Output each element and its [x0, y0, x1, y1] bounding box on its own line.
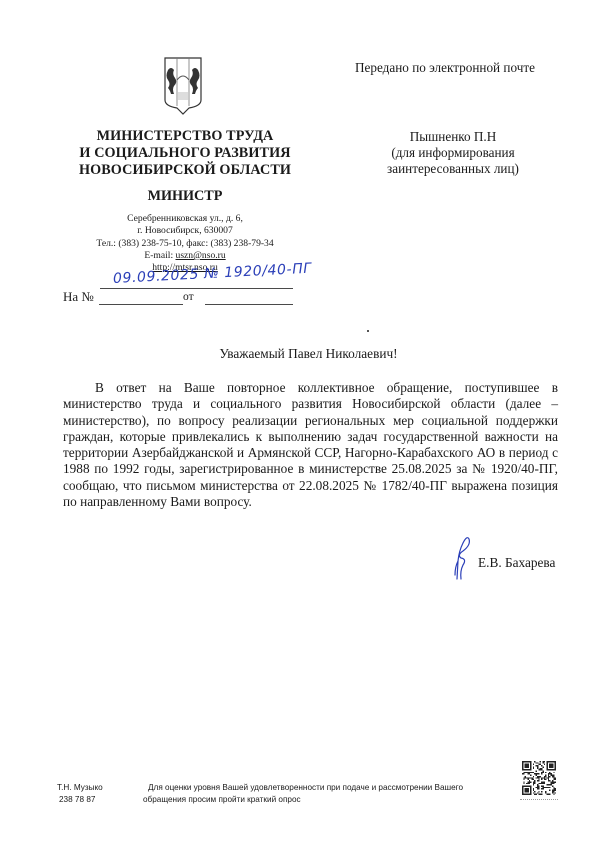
qr-code-icon[interactable]	[522, 761, 556, 795]
handwritten-signature-icon	[449, 531, 475, 581]
reference-date-label: от	[183, 291, 194, 303]
handwritten-number: 1920/40-ПГ	[224, 261, 312, 282]
recipient-name: Пышненко П.Н	[353, 129, 553, 145]
reference-number-label: На №	[63, 289, 94, 305]
executor-name: Т.Н. Музыко	[57, 782, 103, 794]
address-street: Серебренниковская ул., д. 6,	[60, 213, 310, 225]
survey-line: обращения просим пройти краткий опрос	[143, 794, 503, 806]
survey-line: Для оценки уровня Вашей удовлетворенност…	[143, 782, 503, 794]
organization-name: МИНИСТЕРСТВО ТРУДА И СОЦИАЛЬНОГО РАЗВИТИ…	[60, 128, 310, 179]
reference-date-field	[205, 304, 293, 305]
letter-body: В ответ на Ваше повторное коллективное о…	[63, 380, 558, 510]
org-name-line: НОВОСИБИРСКОЙ ОБЛАСТИ	[60, 162, 310, 179]
scan-speck	[367, 330, 369, 332]
coat-of-arms-icon	[163, 56, 203, 116]
signer-name: Е.В. Бахарева	[478, 555, 555, 571]
qr-caption	[520, 799, 558, 802]
recipient-note: (для информирования	[353, 145, 553, 161]
recipient-note: заинтересованных лиц)	[353, 161, 553, 177]
registration-line	[100, 288, 293, 289]
position-title: МИНИСТР	[60, 188, 310, 205]
transmission-note: Передано по электронной почте	[340, 60, 550, 76]
org-name-line: МИНИСТЕРСТВО ТРУДА	[60, 128, 310, 145]
handwritten-date: 09.09.2025	[113, 267, 200, 287]
handwritten-separator: №	[204, 265, 220, 282]
address-phone: Тел.: (383) 238-75-10, факс: (383) 238-7…	[60, 238, 310, 250]
email-link[interactable]: uszn@nso.ru	[176, 250, 226, 261]
email-label: E-mail:	[144, 250, 175, 261]
recipient-block: Пышненко П.Н (для информирования заинтер…	[353, 129, 553, 177]
address-email: E-mail: uszn@nso.ru	[60, 250, 310, 262]
greeting: Уважаемый Павел Николаевич!	[0, 346, 595, 362]
executor-phone: 238 78 87	[57, 794, 103, 806]
org-name-line: И СОЦИАЛЬНОГО РАЗВИТИЯ	[60, 145, 310, 162]
reference-number-field	[99, 304, 183, 305]
executor-block: Т.Н. Музыко 238 78 87	[57, 782, 103, 806]
address-city: г. Новосибирск, 630007	[60, 225, 310, 237]
survey-note: Для оценки уровня Вашей удовлетворенност…	[143, 782, 503, 806]
